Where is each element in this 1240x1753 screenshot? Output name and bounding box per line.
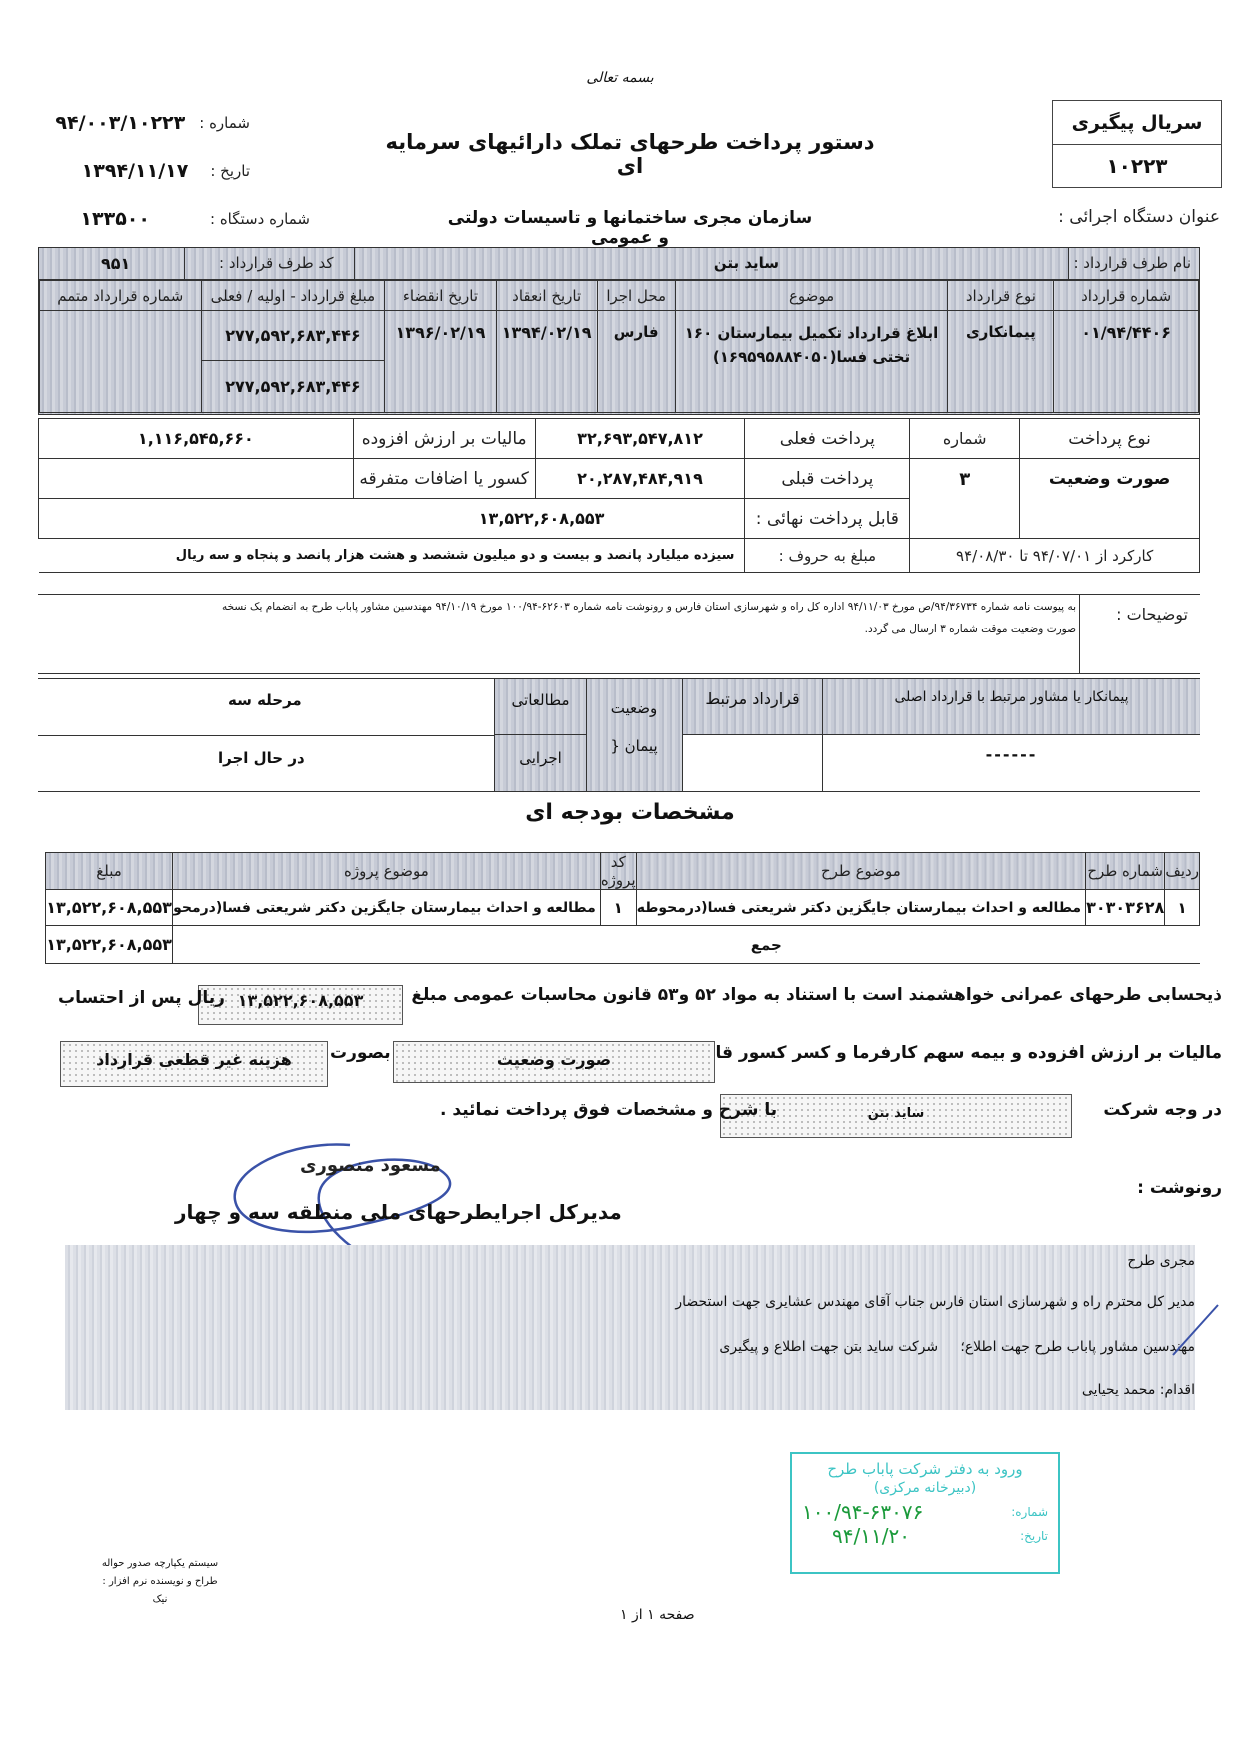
stamp-date-label: تاریخ:: [1020, 1529, 1048, 1543]
doc-number: شماره : ۹۴/۰۰۳/۱۰۲۲۳: [50, 112, 250, 134]
payment-table: نوع پرداخت شماره پرداخت فعلی ۳۲,۶۹۳,۵۴۷,…: [38, 418, 1200, 573]
contract-status-cell: وضعیت پیمان {: [586, 679, 682, 791]
stamp-number-label: شماره:: [1011, 1505, 1048, 1519]
org-label: عنوان دستگاه اجرائی :: [1030, 207, 1220, 227]
pen-stroke-icon: [1168, 1300, 1228, 1360]
budget-col-row: ردیف: [1165, 853, 1200, 890]
related-party-label: پیمانکار یا مشاور مرتبط با قرارداد اصلی: [823, 689, 1200, 705]
stamp-line2: (دبیرخانه مرکزی): [792, 1480, 1058, 1496]
previous-payment-label: پرداخت قبلی: [745, 459, 910, 499]
contract-number: ۰۱/۹۴/۴۴۰۶: [1081, 323, 1171, 342]
page-title: دستور پرداخت طرحهای تملک دارائیهای سرمای…: [370, 130, 890, 178]
col-contract-type: نوع قرارداد: [948, 281, 1054, 311]
budget-row-index: ۱: [1165, 890, 1200, 926]
signer-title: مدیرکل اجرایطرحهای ملی منطقه سه و چهار: [175, 1200, 622, 1224]
budget-col-plan-subject: موضوع طرح: [636, 853, 1085, 890]
study-label: مطالعاتی: [495, 691, 586, 709]
order-payment-type: صورت وضعیت: [497, 1050, 611, 1069]
notes-box: توضیحات : به پیوست نامه شماره ۹۴/۳۶۷۳۴/ص…: [38, 594, 1200, 674]
system-line2: طراح و نویسنده نرم افزار : نیک: [95, 1573, 225, 1609]
payment-number-value: ۳: [910, 459, 1020, 539]
party-name: ساید بتن: [714, 254, 779, 272]
device-number-label: شماره دستگاه :: [210, 210, 310, 228]
related-contract-header: قرارداد مرتبط: [682, 679, 822, 735]
related-party-value: ------: [822, 735, 1200, 791]
doc-date-label: تاریخ :: [210, 162, 250, 180]
budget-col-plan-number: شماره طرح: [1086, 853, 1165, 890]
final-payment-value: ۱۳,۵۲۲,۶۰۸,۵۵۳: [479, 509, 605, 528]
contract-amount-initial: ۲۷۷,۵۹۲,۶۸۳,۴۴۶: [225, 326, 360, 345]
exec-cell: اجرایی: [494, 735, 586, 791]
contract-amount-current: ۲۷۷,۵۹۲,۶۸۳,۴۴۶: [225, 377, 360, 396]
doc-number-value: ۹۴/۰۰۳/۱۰۲۲۳: [55, 112, 185, 134]
order-cost-type-box: هزینه غیر قطعی قرارداد: [60, 1041, 328, 1087]
order-line2-mid: بصورت: [330, 1043, 391, 1063]
copy-item-2: مدیر کل محترم راه و شهرسازی استان فارس ج…: [675, 1294, 1195, 1310]
exec-value: در حال اجرا: [218, 749, 305, 767]
contract-location: فارس: [597, 311, 675, 413]
payment-number-label: شماره: [910, 419, 1020, 459]
status-box: پیمانکار یا مشاور مرتبط با قرارداد اصلی …: [38, 678, 1200, 792]
work-period: کارکرد از ۹۴/۰۷/۰۱ تا ۹۴/۰۸/۳۰: [910, 539, 1200, 573]
contract-end-date: ۱۳۹۶/۰۲/۱۹: [396, 323, 486, 342]
party-code-label: کد طرف قرارداد :: [219, 254, 334, 272]
budget-project-code: ۱: [600, 890, 636, 926]
budget-table: ردیف شماره طرح موضوع طرح کد پروژه موضوع …: [45, 852, 1200, 964]
budget-total-label: جمع: [173, 926, 1200, 964]
contract-type: پیمانکاری: [948, 311, 1054, 413]
device-number: شماره دستگاه : ۱۳۳۵۰۰: [50, 208, 310, 230]
tracking-value: ۱۰۲۲۳: [1053, 145, 1221, 188]
col-supplement: شماره قرارداد متمم: [40, 281, 202, 311]
col-contract-number: شماره قرارداد: [1054, 281, 1199, 311]
budget-plan-subject: مطالعه و احداث بیمارستان جایگزین دکتر شر…: [636, 890, 1085, 926]
copy-item-4: اقدام: محمد یحیایی: [1082, 1382, 1195, 1398]
basmala: بسمه تعالی: [560, 70, 680, 86]
contract-table: نام طرف قرارداد : ساید بتن کد طرف قراردا…: [38, 247, 1200, 415]
col-amount: مبلغ قرارداد - اولیه / فعلی: [201, 281, 385, 311]
notes-label: توضیحات :: [1116, 605, 1188, 624]
tracking-box: سریال پیگیری ۱۰۲۲۳: [1052, 100, 1222, 188]
order-line1-text: ذیحسابی طرحهای عمرانی خواهشمند است با اس…: [411, 985, 1222, 1005]
vat-label: مالیات بر ارزش افزوده: [353, 419, 535, 459]
page-number: صفحه ۱ از ۱: [620, 1607, 695, 1623]
stamp-number-value: ۱۰۰/۹۴-۶۳۰۷۶: [802, 1500, 923, 1524]
current-payment-value: ۳۲,۶۹۳,۵۴۷,۸۱۲: [577, 429, 703, 448]
contract-supplement: [40, 311, 202, 413]
col-start-date: تاریخ انعقاد: [496, 281, 597, 311]
budget-project-subject: مطالعه و احداث بیمارستان جایگزین دکتر شر…: [173, 890, 601, 926]
order-line3-suffix: با شرح و مشخصات فوق پرداخت نمائید .: [440, 1100, 777, 1120]
doc-number-label: شماره :: [199, 114, 250, 132]
order-line3-text: در وجه شرکت: [1103, 1100, 1222, 1120]
budget-plan-number: ۳۰۳۰۳۶۲۸: [1086, 898, 1164, 917]
final-payment-label: قابل پرداخت نهائی :: [745, 499, 910, 539]
order-amount-box: ۱۳,۵۲۲,۶۰۸,۵۵۳: [198, 985, 403, 1025]
order-company: ساید بتن: [868, 1106, 924, 1121]
copies-band: [65, 1245, 1195, 1410]
misc-value: [39, 459, 354, 499]
doc-date: تاریخ : ۱۳۹۴/۱۱/۱۷: [50, 160, 250, 182]
related-contract-label: قرارداد مرتبط: [683, 689, 822, 708]
order-cost-type: هزینه غیر قطعی قرارداد: [96, 1050, 292, 1069]
order-line1-suffix: ریال پس از احتساب: [58, 988, 225, 1008]
budget-total-value: ۱۳,۵۲۲,۶۰۸,۵۵۳: [46, 935, 172, 954]
budget-col-project-code: کد پروژه: [600, 853, 636, 890]
contract-status-label: وضعیت پیمان {: [604, 689, 664, 765]
doc-date-value: ۱۳۹۴/۱۱/۱۷: [82, 160, 189, 182]
exec-label: اجرایی: [495, 749, 586, 767]
order-amount: ۱۳,۵۲۲,۶۰۸,۵۵۳: [238, 991, 364, 1010]
contract-subject: ابلاغ قرارداد تکمیل بیمارستان ۱۶۰ تختی ف…: [675, 311, 948, 413]
payment-type-value: صورت وضعیت: [1020, 459, 1200, 539]
copy-item-1: مجری طرح: [1127, 1253, 1195, 1269]
study-value: مرحله سه: [228, 691, 302, 709]
misc-label: کسور یا اضافات متفرقه: [353, 459, 535, 499]
stamp-date-value: ۹۴/۱۱/۲۰: [832, 1524, 910, 1548]
device-number-value: ۱۳۳۵۰۰: [80, 208, 150, 230]
col-subject: موضوع: [675, 281, 948, 311]
related-contract-value: [682, 735, 822, 791]
system-line1: سیستم یکپارچه صدور حواله: [95, 1555, 225, 1573]
amount-words-value: سیزده میلیارد پانصد و بیست و دو میلیون ش…: [39, 539, 745, 573]
payment-type-label: نوع پرداخت: [1020, 419, 1200, 459]
contract-row: ۰۱/۹۴/۴۴۰۶ پیمانکاری ابلاغ قرارداد تکمیل…: [40, 311, 1199, 361]
budget-col-project-subject: موضوع پروژه: [173, 853, 601, 890]
budget-total-row: جمع ۱۳,۵۲۲,۶۰۸,۵۵۳: [46, 926, 1200, 964]
received-stamp: ورود به دفتر شرکت پاباب طرح (دبیرخانه مر…: [790, 1452, 1060, 1574]
budget-title: مشخصات بودجه ای: [420, 800, 840, 825]
contract-start-date: ۱۳۹۴/۰۲/۱۹: [502, 323, 592, 342]
col-end-date: تاریخ انقضاء: [385, 281, 496, 311]
vat-value: ۱,۱۱۶,۵۴۵,۶۶۰: [138, 429, 254, 448]
tracking-label: سریال پیگیری: [1053, 101, 1221, 145]
order-payment-type-box: صورت وضعیت: [393, 1041, 715, 1083]
party-code: ۹۵۱: [101, 254, 130, 273]
notes-line1: به پیوست نامه شماره ۹۴/۳۶۷۳۴/ص مورخ ۹۴/۱…: [42, 601, 1076, 613]
stamp-line1: ورود به دفتر شرکت پاباب طرح: [792, 1460, 1058, 1478]
notes-line2: صورت وضعیت موقت شماره ۳ ارسال می گردد.: [865, 623, 1076, 635]
amount-words-label: مبلغ به حروف :: [745, 539, 910, 573]
party-name-label: نام طرف قرارداد :: [1073, 254, 1191, 272]
system-credit: سیستم یکپارچه صدور حواله طراح و نویسنده …: [95, 1555, 225, 1609]
budget-amount: ۱۳,۵۲۲,۶۰۸,۵۵۳: [46, 898, 172, 917]
study-cell: مطالعاتی: [494, 679, 586, 735]
order-line2-text: مالیات بر ارزش افزوده و بیمه سهم کارفرما…: [632, 1043, 1222, 1063]
org-name: سازمان مجری ساختمانها و تاسیسات دولتی و …: [440, 208, 820, 248]
budget-row: ۱ ۳۰۳۰۳۶۲۸ مطالعه و احداث بیمارستان جایگ…: [46, 890, 1200, 926]
col-location: محل اجرا: [597, 281, 675, 311]
related-party-header: پیمانکار یا مشاور مرتبط با قرارداد اصلی: [822, 679, 1200, 735]
current-payment-label: پرداخت فعلی: [745, 419, 910, 459]
budget-col-amount: مبلغ: [46, 853, 173, 890]
copies-label: رونوشت :: [1137, 1178, 1222, 1198]
copy-item-3: مهندسین مشاور پاباب طرح جهت اطلاع؛ شرکت …: [719, 1339, 1195, 1355]
previous-payment-value: ۲۰,۲۸۷,۴۸۴,۹۱۹: [577, 469, 703, 488]
signer-name: مسعود منصوری: [300, 1155, 441, 1176]
